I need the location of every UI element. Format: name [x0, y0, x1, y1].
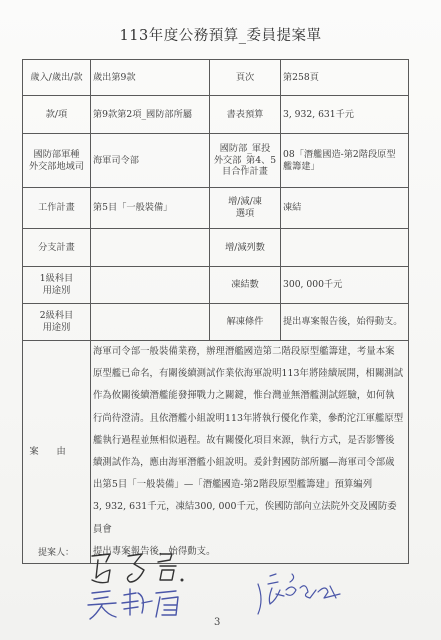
field-value — [91, 304, 210, 341]
reason-line: 續測試作為，應由海軍潛艦小組說明。爰針對國防部所屬—海軍司令部歲 — [93, 452, 406, 474]
reason-cell: 海軍司令部一般裝備業務，辦理潛艦國造第二階段原型艦籌建，考量本案 原型艦已命名，… — [91, 341, 409, 564]
field-value: 3, 932, 631千元 — [281, 96, 409, 134]
field-label: 增/減列數 — [210, 229, 281, 267]
form-row: 2級科目 用途別 解凍條件 提出專案報告後，始得動支。 — [23, 304, 409, 341]
field-value: 08「潛艦國造-第2階段原型艦籌建」 — [281, 134, 409, 188]
page-number: 3 — [214, 617, 220, 628]
field-label: 分支計畫 — [23, 229, 91, 267]
field-value: 第9款第2項_國防部所屬 — [91, 96, 210, 134]
form-row: 款/項 第9款第2項_國防部所屬 書表預算 3, 932, 631千元 — [23, 96, 409, 134]
proposer-label: 提案人： — [38, 545, 74, 558]
reason-line: 艦執行過程並無相似過程。故有關優化項目來源，執行方式，是否影響後 — [93, 430, 406, 452]
field-label: 書表預算 — [210, 96, 281, 134]
form-row: 1級科目 用途別 凍結數 300, 000千元 — [23, 267, 409, 304]
proposal-form-table: 歲入/歲出/款 歲出第9款 頁次 第258頁 款/項 第9款第2項_國防部所屬 … — [22, 59, 409, 564]
field-label: 凍結數 — [210, 267, 281, 304]
form-row: 工作計畫 第5目「一般裝備」 增/減/凍 選項 凍結 — [23, 188, 409, 229]
handwritten-signature-1 — [88, 548, 188, 590]
field-label: 頁次 — [210, 60, 281, 96]
field-label: 歲入/歲出/款 — [23, 60, 91, 96]
reason-line: 作為攸關後續潛艦能發揮戰力之關鍵，惟台灣並無潛艦測試經驗，如何執 — [93, 385, 406, 407]
handwritten-signature-2 — [86, 585, 186, 625]
reason-line: 海軍司令部一般裝備業務，辦理潛艦國造第二階段原型艦籌建，考量本案 — [93, 341, 406, 363]
field-value: 歲出第9款 — [91, 60, 210, 96]
field-label: 2級科目 用途別 — [23, 304, 91, 341]
reason-line: 3, 932, 631千元，凍結300, 000千元，俟國防部向立法院外交及國防… — [93, 496, 406, 540]
field-label: 款/項 — [23, 96, 91, 134]
reason-text: 海軍司令部一般裝備業務，辦理潛艦國造第二階段原型艦籌建，考量本案 原型艦已命名，… — [91, 341, 408, 563]
field-value: 第258頁 — [281, 60, 409, 96]
reason-line: 行尚待澄清。且依潛艦小組說明113年將執行優化作業，參酌沱江軍艦原型 — [93, 408, 406, 430]
field-label: 工作計畫 — [23, 188, 91, 229]
field-label: 增/減/凍 選項 — [210, 188, 281, 229]
field-value: 第5目「一般裝備」 — [91, 188, 210, 229]
document-page: 113年度公務預算_委員提案單 歲入/歲出/款 歲出第9款 頁次 第258頁 款… — [0, 0, 441, 640]
field-value: 300, 000千元 — [281, 267, 409, 304]
field-value — [281, 229, 409, 267]
reason-row: 案由 海軍司令部一般裝備業務，辦理潛艦國造第二階段原型艦籌建，考量本案 原型艦已… — [23, 341, 409, 564]
reason-line: 原型艦已命名，有關後續測試作業依海軍說明113年將陸續展開，相關測試 — [93, 363, 406, 385]
field-label: 1級科目 用途別 — [23, 267, 91, 304]
field-value: 凍結 — [281, 188, 409, 229]
reason-line: 出第5目「一般裝備」—「潛艦國造-第2階段原型艦籌建」預算編列 — [93, 474, 406, 496]
form-row: 國防部軍種 外交部地域司 海軍司令部 國防部_軍投 外交部_第4、5 目合作計畫… — [23, 134, 409, 188]
field-label: 國防部_軍投 外交部_第4、5 目合作計畫 — [210, 134, 281, 188]
field-label: 國防部軍種 外交部地域司 — [23, 134, 91, 188]
field-label: 解凍條件 — [210, 304, 281, 341]
document-title: 113年度公務預算_委員提案單 — [0, 24, 441, 45]
field-value — [91, 229, 210, 267]
field-value: 提出專案報告後，始得動支。 — [281, 304, 409, 341]
field-value: 海軍司令部 — [91, 134, 210, 188]
form-row: 分支計畫 增/減列數 — [23, 229, 409, 267]
form-row: 歲入/歲出/款 歲出第9款 頁次 第258頁 — [23, 60, 409, 96]
reason-label: 案由 — [23, 341, 91, 564]
field-value — [91, 267, 210, 304]
handwritten-signature-3 — [256, 570, 356, 620]
